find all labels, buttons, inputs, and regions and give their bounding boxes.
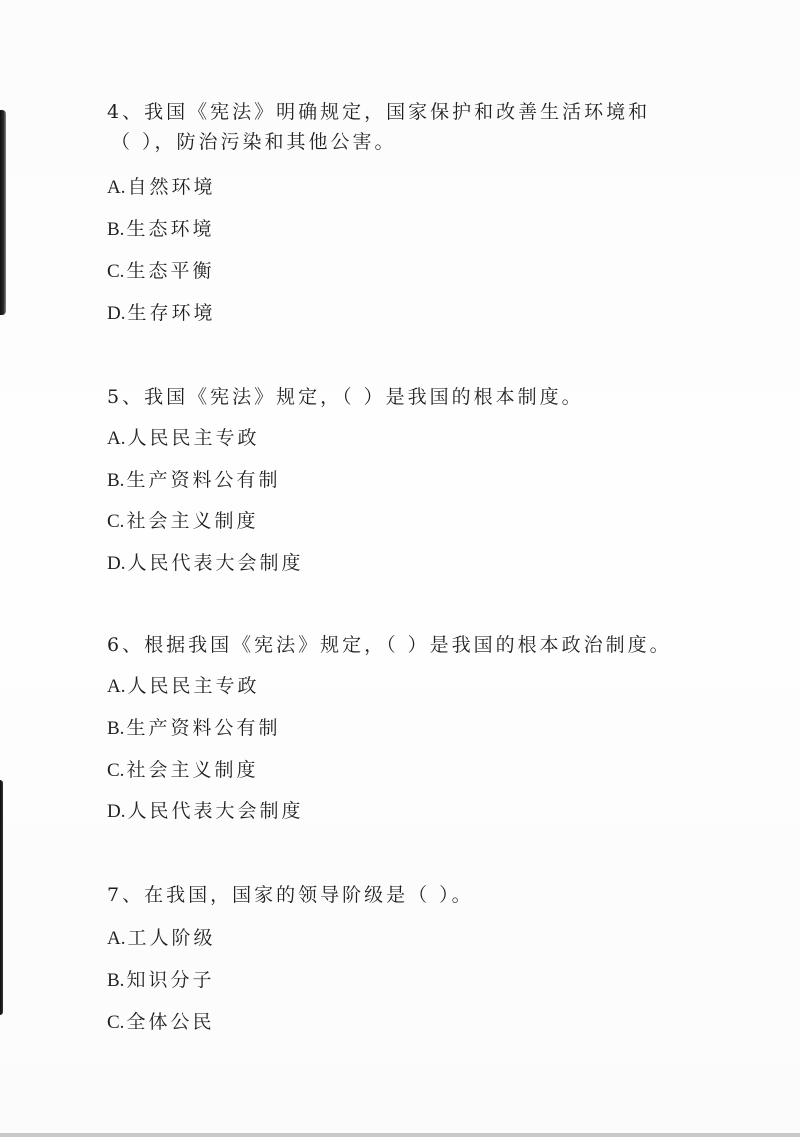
option-letter: B.	[107, 718, 124, 739]
question-5-stem: 5、我国《宪法》规定，（ ）是我国的根本制度。	[107, 385, 584, 409]
question-4-option-d: D.生存环境	[107, 301, 216, 326]
option-text: 人民代表大会制度	[127, 800, 303, 822]
question-4-stem-line-2: （ ），防治污染和其他公害。	[111, 130, 397, 154]
question-7-option-b: B.知识分子	[107, 968, 214, 993]
option-letter: B.	[107, 470, 124, 491]
option-letter: A.	[107, 177, 125, 198]
option-text: 生产资料公有制	[126, 469, 280, 491]
option-letter: B.	[107, 219, 124, 240]
option-letter: D.	[107, 801, 125, 822]
question-5-option-c: C.社会主义制度	[107, 509, 258, 534]
option-letter: C.	[107, 261, 124, 282]
scanned-page: 4、我国《宪法》明确规定，国家保护和改善生活环境和 （ ），防治污染和其他公害。…	[0, 0, 800, 1137]
option-text: 人民民主专政	[127, 427, 259, 449]
page-edge-shadow-top	[0, 110, 6, 315]
option-letter: D.	[107, 303, 125, 324]
option-letter: C.	[107, 511, 124, 532]
option-letter: B.	[107, 970, 124, 991]
question-7-stem: 7、在我国，国家的领导阶级是（ ）。	[107, 883, 474, 907]
question-7-option-c: C.全体公民	[107, 1010, 214, 1035]
option-text: 知识分子	[126, 969, 214, 991]
question-5-option-b: B.生产资料公有制	[107, 468, 280, 493]
question-4-stem-line-1: 4、我国《宪法》明确规定，国家保护和改善生活环境和	[107, 100, 650, 124]
option-text: 人民代表大会制度	[127, 552, 303, 574]
question-5-option-a: A.人民民主专政	[107, 426, 260, 451]
question-6-option-c: C.社会主义制度	[107, 758, 258, 783]
question-4-option-b: B.生态环境	[107, 217, 214, 242]
question-6-option-a: A.人民民主专政	[107, 674, 260, 699]
question-6-stem: 6、根据我国《宪法》规定，（ ）是我国的根本政治制度。	[107, 633, 672, 657]
question-7-option-a: A.工人阶级	[107, 926, 216, 951]
option-text: 社会主义制度	[126, 759, 258, 781]
option-letter: D.	[107, 553, 125, 574]
option-letter: A.	[107, 428, 125, 449]
page-bottom-edge	[0, 1133, 800, 1137]
question-6-option-d: D.人民代表大会制度	[107, 799, 304, 824]
option-letter: A.	[107, 676, 125, 697]
option-letter: C.	[107, 760, 124, 781]
option-text: 社会主义制度	[126, 510, 258, 532]
option-letter: A.	[107, 928, 125, 949]
option-text: 人民民主专政	[127, 675, 259, 697]
option-text: 全体公民	[126, 1011, 214, 1033]
option-text: 自然环境	[127, 176, 215, 198]
page-edge-shadow-bottom	[0, 780, 3, 1015]
question-5-option-d: D.人民代表大会制度	[107, 551, 304, 576]
question-6-option-b: B.生产资料公有制	[107, 716, 280, 741]
option-text: 工人阶级	[127, 927, 215, 949]
option-text: 生存环境	[127, 302, 215, 324]
question-4-option-a: A.自然环境	[107, 175, 216, 200]
question-4-option-c: C.生态平衡	[107, 259, 214, 284]
option-text: 生态环境	[126, 218, 214, 240]
option-text: 生态平衡	[126, 260, 214, 282]
option-letter: C.	[107, 1012, 124, 1033]
option-text: 生产资料公有制	[126, 717, 280, 739]
